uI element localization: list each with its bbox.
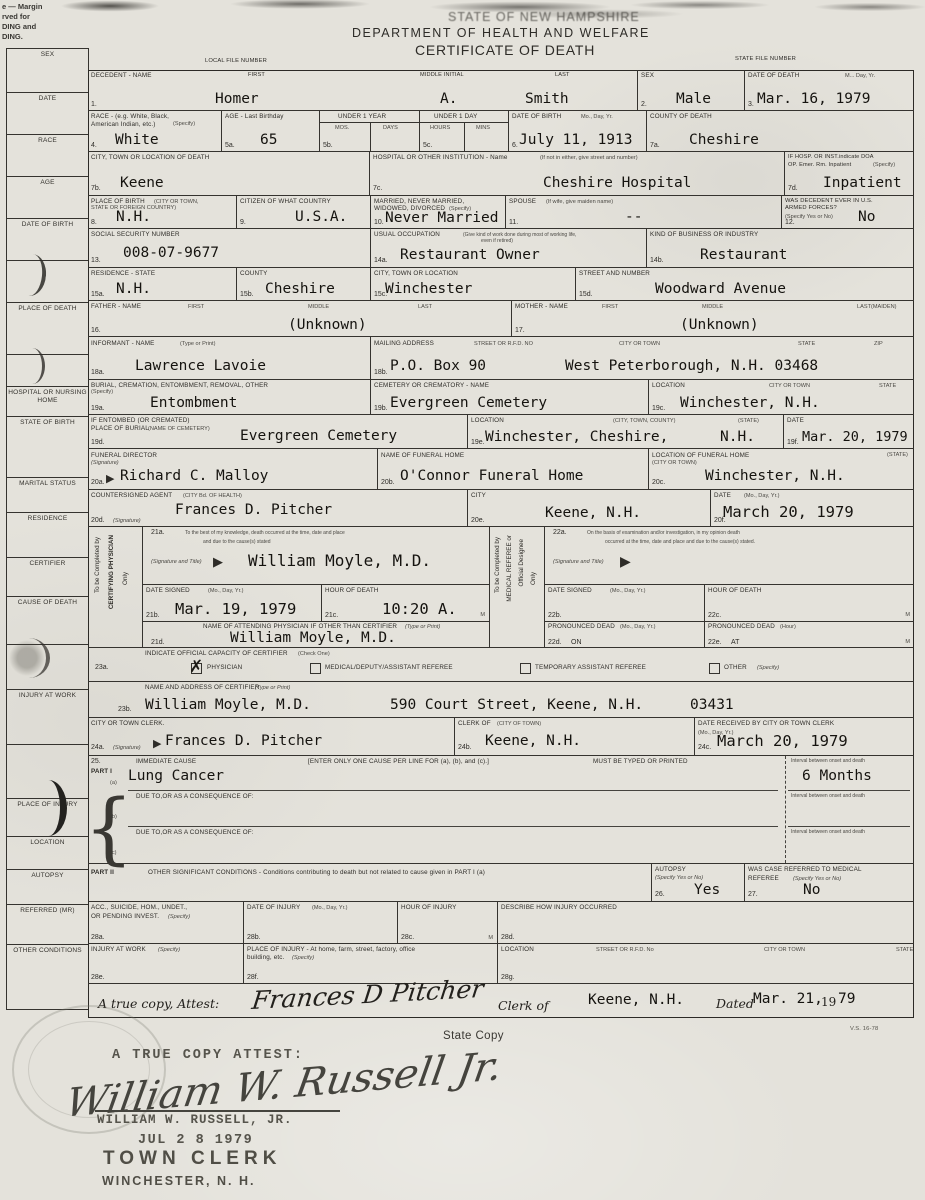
burial-sub: (Specify) [91, 389, 113, 395]
ssn-label: SOCIAL SECURITY NUMBER [91, 231, 180, 238]
sex-label: SEX [641, 72, 654, 79]
interval-column-divider [785, 756, 786, 863]
field-num: 19d. [91, 439, 105, 446]
field-spouse: SPOUSE (If wife, give maiden name) 11. -… [506, 196, 782, 228]
field-town-clerk: CITY OR TOWN CLERK. 24a. (Signature) ▶ F… [88, 718, 455, 755]
race-label: RACE - (e.g. White, Black, [91, 113, 169, 120]
margin-label-hospital: HOSPITAL OR NURSING HOME [7, 387, 88, 417]
occupation-sub: (Give kind of work done during most of w… [463, 232, 576, 238]
hospital-value: Cheshire Hospital [543, 175, 691, 191]
field-father: FATHER - NAME FIRST MIDDLE LAST 16. (Unk… [88, 301, 512, 336]
field-22b: DATE SIGNED (Mo., Day, Yr.) 22b. [545, 585, 705, 622]
spouse-value: -- [625, 209, 642, 225]
row-race-age: RACE - (e.g. White, Black, American Indi… [88, 111, 914, 152]
capacity-other-sub: (Specify) [757, 665, 779, 671]
entombed-label2: PLACE OF BURIAL [91, 425, 149, 432]
field-num: 20c. [652, 479, 665, 486]
margin-label-location: LOCATION [7, 837, 88, 870]
field-21b: DATE SIGNED (Mo., Day, Yr.) 21b. Mar. 19… [143, 585, 322, 622]
father-value: (Unknown) [288, 317, 367, 333]
dod-value: Mar. 16, 1979 [757, 91, 871, 107]
field-num: 19c. [652, 405, 665, 412]
field-22e: PRONOUNCED DEAD (Hour) 22e. AT M [705, 622, 914, 648]
cemetery-label: CEMETERY OR CREMATORY - NAME [374, 382, 489, 389]
field-cemetery: CEMETERY OR CREMATORY - NAME 19b. Evergr… [371, 380, 649, 414]
acc-label: ACC., SUICIDE, HOM., UNDET., [91, 904, 187, 911]
row-decedent: DECEDENT - NAME FIRST MIDDLE INITIAL LAS… [88, 70, 914, 111]
mailing-street-value: P.O. Box 90 [390, 358, 486, 374]
row-entombed: IF ENTOMBED (OR CREMATED) PLACE OF BURIA… [88, 415, 914, 449]
part2-text: OTHER SIGNIFICANT CONDITIONS - Condition… [148, 869, 485, 876]
field-num: 21c. [325, 612, 338, 619]
field-entombed-location: LOCATION (CITY, TOWN, COUNTY) (STATE) 19… [468, 415, 784, 448]
clerk-of-sub: (CITY OF TOWN) [497, 721, 541, 727]
binding-margin-column: SEX DATE RACE AGE DATE OF BIRTH PLACE OF… [6, 48, 89, 1010]
referee-side-label4: Only [530, 572, 537, 585]
date-received-label: DATE RECEIVED BY CITY OR TOWN CLERK [698, 720, 834, 727]
field-part2: PART II OTHER SIGNIFICANT CONDITIONS - C… [88, 864, 652, 901]
mother-label: MOTHER - NAME [515, 303, 568, 310]
capacity-header: INDICATE OFFICIAL CAPACITY OF CERTIFIER [145, 650, 288, 657]
margin-label-age: AGE [7, 177, 88, 219]
rule-line [128, 790, 778, 791]
injury-location-street-label: STREET OR R.F.D. No [596, 947, 654, 953]
cause-a-value: Lung Cancer [128, 768, 224, 784]
stamp-city-line: WINCHESTER, N. H. [102, 1174, 255, 1188]
pronounced-dead-label: PRONOUNCED DEAD [548, 623, 615, 630]
row-informant: INFORMANT - NAME (Type or Print) 18a. La… [88, 337, 914, 380]
hole-punch [8, 638, 50, 678]
mailing-city-label: CITY OR TOWN [619, 341, 660, 347]
mailing-city-value: West Peterborough, N.H. 03468 [565, 358, 818, 374]
date-signed-label: DATE SIGNED [146, 587, 190, 594]
physician-side-strip: To be Completed by CERTIFYING PHYSICIAN … [88, 527, 143, 647]
margin-note-line: e — Margin [2, 2, 42, 12]
countersigned-date-value: March 20, 1979 [723, 503, 854, 521]
row-town-clerk: CITY OR TOWN CLERK. 24a. (Signature) ▶ F… [88, 718, 914, 756]
field-num: 18a. [91, 369, 105, 376]
field-funeral-director: FUNERAL DIRECTOR (Signature) 20a. ▶ Rich… [88, 449, 378, 489]
pronounced-dead-sub: (Mo., Day, Yr.) [620, 624, 656, 630]
field-countersigned-date: DATE (Mo., Day, Yr.) 20f. March 20, 1979 [711, 490, 914, 526]
referee-attestation-text2: occurred at the time, date and place and… [605, 539, 755, 545]
mother-middle-label: MIDDLE [702, 304, 723, 310]
field-21d: NAME OF ATTENDING PHYSICIAN IF OTHER THA… [143, 622, 490, 648]
date-received-value: March 20, 1979 [717, 732, 848, 750]
field-num: 26. [655, 891, 665, 898]
field-date-of-birth: DATE OF BIRTH Mo., Day, Yr. 6. July 11, … [509, 111, 647, 151]
spouse-label: SPOUSE [509, 198, 536, 205]
field-injury-date: DATE OF INJURY (Mo., Day, Yr.) 28b. [244, 902, 398, 943]
temp-referee-checkbox [520, 663, 531, 674]
field-age: AGE - Last Birthday 5a. 65 [222, 111, 320, 151]
margin-note-line: DING and [2, 22, 42, 32]
field-num: 28e. [91, 974, 105, 981]
other-checkbox [709, 663, 720, 674]
clerk-of-value: Keene, N.H. [485, 733, 581, 749]
field-sex: SEX 2. Male [638, 70, 745, 110]
meridiem-label: M [480, 612, 485, 618]
residence-street-label: STREET AND NUMBER [579, 270, 650, 277]
residence-state-label: RESIDENCE - STATE [91, 270, 155, 277]
capacity-option-physician: PHYSICIAN [207, 664, 242, 671]
row-certification: To be Completed by CERTIFYING PHYSICIAN … [88, 527, 914, 648]
mailing-state-label: STATE [798, 341, 815, 347]
informant-value: Lawrence Lavoie [135, 358, 266, 374]
referee-attestation-text: On the basis of examination and/or inves… [587, 530, 740, 536]
field-num: 28a. [91, 934, 105, 941]
rule-line [788, 790, 910, 791]
field-num: 2. [641, 101, 647, 108]
field-num: 22a. [553, 529, 567, 536]
field-city-of-death: CITY, TOWN OR LOCATION OF DEATH 7b. Keen… [88, 152, 370, 195]
state-title: STATE OF NEW HAMPSHIRE [448, 10, 640, 24]
referred-value: No [803, 882, 820, 898]
attestation-text: To the best of my knowledge, death occur… [185, 530, 345, 536]
field-num: 7d. [788, 185, 798, 192]
referred-label2: REFEREE [748, 875, 779, 882]
attest-date-value: Mar. 21, [753, 991, 823, 1007]
field-num: 28c. [401, 934, 414, 941]
referee-side-label2: MEDICAL REFEREE or [506, 535, 513, 602]
margin-label-state-of-birth: STATE OF BIRTH [7, 417, 88, 478]
field-num: 7a. [650, 142, 660, 149]
field-num: 15b. [240, 291, 254, 298]
field-num: 16. [91, 327, 101, 334]
residence-city-value: Winchester [385, 281, 472, 297]
must-be-typed-note: MUST BE TYPED OR PRINTED [593, 758, 688, 765]
decedent-last-value: Smith [525, 91, 569, 107]
entombed-location-value: Winchester, Cheshire, [485, 429, 668, 445]
mins-label: MINS [476, 125, 490, 131]
field-num: 19f. [787, 439, 799, 446]
countersigned-sub: (CITY Bd. OF HEALTH) [183, 493, 242, 499]
physician-side-label2: CERTIFYING PHYSICIAN [108, 535, 115, 609]
capacity-option-referee: MEDICAL/DEPUTY/ASSISTANT REFEREE [325, 664, 453, 671]
autopsy-sub: (Specify Yes or No) [655, 875, 703, 881]
field-num: 15d. [579, 291, 593, 298]
certifying-physician-signature: William Moyle, M.D. [248, 551, 431, 570]
field-injury-hour: HOUR OF INJURY 28c. M [398, 902, 498, 943]
physician-side-label: To be Completed by [94, 537, 101, 593]
row-parents: FATHER - NAME FIRST MIDDLE LAST 16. (Unk… [88, 301, 914, 337]
field-ssn: SOCIAL SECURITY NUMBER 13. 008-07-9677 [88, 229, 371, 267]
field-num: 14b. [650, 257, 664, 264]
hour-of-death-value: 10:20 A. [382, 600, 457, 618]
marital-value: Never Married [385, 210, 499, 226]
father-last-label: LAST [418, 304, 432, 310]
occupation-sub2: even if retired) [481, 238, 513, 244]
city-of-death-value: Keene [120, 175, 164, 191]
certifier-label: NAME AND ADDRESS OF CERTIFIER [145, 684, 259, 691]
margin-label-place-of-death: PLACE OF DEATH [7, 303, 88, 355]
interval-a-value: 6 Months [802, 768, 872, 784]
field-num: 5a. [225, 142, 235, 149]
entombed-value: Evergreen Cemetery [240, 428, 397, 444]
field-num: 1. [91, 101, 97, 108]
entombed-location-state-label: (STATE) [738, 418, 759, 424]
field-num: 5c. [423, 142, 432, 149]
field-num: 20d. [91, 517, 105, 524]
field-num: 22e. [708, 639, 722, 646]
field-cemetery-location: LOCATION CITY OR TOWN STATE 19c. Winches… [649, 380, 914, 414]
field-num: 4. [91, 142, 97, 149]
pronounced-dead-hour-label: PRONOUNCED DEAD [708, 623, 775, 630]
referred-label: WAS CASE REFERRED TO MEDICAL [748, 866, 862, 873]
capacity-option-other: OTHER [724, 664, 747, 671]
field-county-of-death: COUNTY OF DEATH 7a. Cheshire [647, 111, 914, 151]
field-burial-type: BURIAL, CREMATION, ENTOMBMENT, REMOVAL, … [88, 380, 371, 414]
margin-note-line: rved for [2, 12, 42, 22]
county-label: COUNTY OF DEATH [650, 113, 712, 120]
margin-note-line: DING. [2, 32, 42, 42]
industry-label: KIND OF BUSINESS OR INDUSTRY [650, 231, 758, 238]
cemetery-location-value: Winchester, N.H. [680, 395, 820, 411]
certifier-sub: (Type or Print) [255, 685, 290, 691]
field-date-received: DATE RECEIVED BY CITY OR TOWN CLERK (Mo.… [695, 718, 914, 755]
sex-value: Male [676, 91, 711, 107]
entombed-label1: IF ENTOMBED (OR CREMATED) [91, 417, 190, 424]
row-part2: PART II OTHER SIGNIFICANT CONDITIONS - C… [88, 864, 914, 902]
stamp-date-line: JUL 2 8 1979 [138, 1133, 253, 1148]
row-injury-1: ACC., SUICIDE, HOM., UNDET., OR PENDING … [88, 902, 914, 944]
citizen-label: CITIZEN OF WHAT COUNTRY [240, 198, 331, 205]
due-to-label-b: DUE TO,OR AS A CONSEQUENCE OF: [136, 793, 254, 800]
attending-physician-label: NAME OF ATTENDING PHYSICIAN IF OTHER THA… [203, 623, 397, 630]
row-certifier-name: NAME AND ADDRESS OF CERTIFIER (Type or P… [88, 682, 914, 718]
acc-label2: OR PENDING INVEST. [91, 913, 159, 920]
certifier-name-value: William Moyle, M.D. [145, 697, 311, 713]
attest-year-value: 79 [838, 991, 855, 1007]
field-injury-describe: DESCRIBE HOW INJURY OCCURRED 28d. [498, 902, 914, 943]
capacity-header-sub: (Check One) [298, 651, 330, 657]
field-mailing-address: MAILING ADDRESS STREET OR R.F.D. NO CITY… [371, 337, 914, 379]
field-countersigned-city: CITY 20e. Keene, N.H. [468, 490, 711, 526]
race-value: White [115, 132, 159, 148]
margin-label-marital-status: MARITAL STATUS [7, 478, 88, 513]
referee-checkbox [310, 663, 321, 674]
at-label: AT [731, 639, 739, 646]
stamp-title-line: TOWN CLERK [103, 1148, 281, 1170]
attest-city-value: Keene, N.H. [588, 992, 684, 1008]
margin-label-residence: RESIDENCE [7, 513, 88, 558]
residence-city-label: CITY, TOWN OR LOCATION [374, 270, 458, 277]
citizen-value: U.S.A. [295, 209, 347, 225]
father-label: FATHER - NAME [91, 303, 141, 310]
field-informant: INFORMANT - NAME (Type or Print) 18a. La… [88, 337, 371, 379]
field-num: 17. [515, 327, 525, 334]
if-hosp-sub: (Specify) [873, 162, 895, 168]
informant-sub: (Type or Print) [180, 341, 215, 347]
residence-state-value: N.H. [116, 281, 151, 297]
field-injury-at-work: INJURY AT WORK (Specify) 28e. [88, 944, 244, 983]
field-hospital: HOSPITAL OR OTHER INSTITUTION - Name (If… [370, 152, 785, 195]
attestation-text2: and due to the cause(s) stated [203, 539, 271, 545]
under-1-day-label: UNDER 1 DAY [434, 113, 478, 120]
field-num: 7c. [373, 185, 382, 192]
signature-title-label: (Signature and Title) [553, 559, 604, 565]
county-value: Cheshire [689, 132, 759, 148]
countersigned-city-label: CITY [471, 492, 486, 499]
rule-line [128, 826, 778, 827]
field-num: 9. [240, 219, 246, 226]
signature-line [95, 1110, 340, 1112]
hospital-sub: (If not in either, give street and numbe… [540, 155, 638, 161]
field-num: 19b. [374, 405, 388, 412]
dob-value: July 11, 1913 [519, 132, 633, 148]
field-num: 3. [748, 101, 754, 108]
certifier-zip-value: 03431 [690, 697, 734, 713]
clerk-of-text: Clerk of [498, 998, 549, 1013]
father-first-label: FIRST [188, 304, 204, 310]
funeral-home-value: O'Connor Funeral Home [400, 468, 583, 484]
row-injury-2: INJURY AT WORK (Specify) 28e. PLACE OF I… [88, 944, 914, 984]
field-num: 24a. [91, 744, 105, 751]
interval-label: Interval between onset and death [791, 758, 865, 764]
field-occupation: USUAL OCCUPATION (Give kind of work done… [371, 229, 647, 267]
pronounced-dead-hour-sub: (Hour) [780, 624, 796, 630]
mailing-label: MAILING ADDRESS [374, 340, 434, 347]
field-num: 19a. [91, 405, 105, 412]
date-signed-value: Mar. 19, 1979 [175, 600, 296, 618]
referee-side-strip: To be Completed by MEDICAL REFEREE or Of… [490, 527, 545, 647]
row-burial: BURIAL, CREMATION, ENTOMBMENT, REMOVAL, … [88, 380, 914, 415]
residence-county-label: COUNTY [240, 270, 268, 277]
burial-value: Entombment [150, 395, 237, 411]
interval-label: Interval between onset and death [791, 829, 865, 835]
occupation-value: Restaurant Owner [400, 247, 540, 263]
meridiem-label: M [905, 639, 910, 645]
rule-line [788, 826, 910, 827]
autopsy-label: AUTOPSY [655, 866, 686, 873]
mos-label: MOS. [335, 125, 349, 131]
field-num: 21a. [151, 529, 165, 536]
mother-value: (Unknown) [680, 317, 759, 333]
field-num: 28f. [247, 974, 259, 981]
hours-label: HOURS [430, 125, 450, 131]
margin-label-sex: SEX [7, 49, 88, 93]
injury-location-city-label: CITY OR TOWN [764, 947, 805, 953]
mailing-zip-label: ZIP [874, 341, 883, 347]
margin-label-autopsy: AUTOPSY [7, 870, 88, 905]
immediate-cause-label: IMMEDIATE CAUSE [136, 758, 196, 765]
field-num: 28b. [247, 934, 261, 941]
hole-punch [30, 780, 67, 836]
one-cause-note: [ENTER ONLY ONE CAUSE PER LINE FOR (a), … [308, 758, 489, 765]
field-num: 7b. [91, 185, 101, 192]
dob-sub: Mo., Day, Yr. [581, 114, 613, 120]
injury-date-label: DATE OF INJURY [247, 904, 300, 911]
field-date-of-death: DATE OF DEATH M... Day, Yr. 3. Mar. 16, … [745, 70, 914, 110]
row-ssn-occupation: SOCIAL SECURITY NUMBER 13. 008-07-9677 U… [88, 229, 914, 268]
field-num: 14a. [374, 257, 388, 264]
margin-label-race: RACE [7, 135, 88, 177]
margin-label-certifier: CERTIFIER [7, 558, 88, 597]
row-place-of-death: CITY, TOWN OR LOCATION OF DEATH 7b. Keen… [88, 152, 914, 196]
decedent-label: DECEDENT - NAME [91, 72, 152, 79]
field-mother: MOTHER - NAME FIRST MIDDLE LAST(MAIDEN) … [512, 301, 914, 336]
row-attest: A true copy, Attest: Frances D Pitcher C… [88, 984, 914, 1018]
field-funeral-home: NAME OF FUNERAL HOME 20b. O'Connor Funer… [378, 449, 649, 489]
field-residence-street: STREET AND NUMBER 15d. Woodward Avenue [576, 268, 914, 300]
mailing-street-label: STREET OR R.F.D. NO [474, 341, 533, 347]
brace-glyph: { [84, 784, 134, 874]
date-signed-sub: (Mo., Day, Yr.) [208, 588, 244, 594]
cemetery-state-label: STATE [879, 383, 896, 389]
injury-date-sub: (Mo., Day, Yr.) [312, 905, 348, 911]
field-num: 8. [91, 219, 97, 226]
cemetery-value: Evergreen Cemetery [390, 395, 547, 411]
field-num: 20a. [91, 479, 105, 486]
clerk-of-label: CLERK OF [458, 720, 491, 727]
dated-label: Dated [716, 996, 754, 1011]
funeral-home-location-sub: (CITY OR TOWN) [652, 460, 697, 466]
ssn-value: 008-07-9677 [123, 245, 219, 261]
decedent-middle-value: A. [440, 91, 457, 107]
town-clerk-value: Frances D. Pitcher [165, 733, 322, 749]
field-num: 27. [748, 891, 758, 898]
injury-at-work-sub: (Specify) [158, 947, 180, 953]
attending-physician-value: William Moyle, M.D. [230, 630, 396, 646]
funeral-director-value: Richard C. Malloy [120, 468, 268, 484]
age-value: 65 [260, 132, 277, 148]
margin-label-cause-of-death: CAUSE OF DEATH [7, 597, 88, 645]
arrow-icon: ▶ [106, 472, 115, 485]
local-file-number-label: LOCAL FILE NUMBER [205, 58, 267, 64]
field-countersigned-agent: COUNTERSIGNED AGENT (CITY Bd. OF HEALTH)… [88, 490, 468, 526]
part1-label: PART I [91, 768, 112, 775]
margin-label-referred: REFERRED (MR) [7, 905, 88, 945]
field-num: 28g. [501, 974, 515, 981]
burial-label: BURIAL, CREMATION, ENTOMBMENT, REMOVAL, … [91, 382, 268, 389]
race-sub: (Specify) [173, 121, 195, 127]
field-armed-forces: WAS DECEDENT EVER IN U.S. ARMED FORCES? … [782, 196, 914, 228]
entombed-date-label: DATE [787, 417, 804, 424]
meridiem-label: M [905, 612, 910, 618]
stamp-name-line: WILLIAM W. RUSSELL, JR. [97, 1113, 293, 1127]
town-clerk-sig-label: (Signature) [113, 745, 141, 751]
funeral-director-sig-label: (Signature) [91, 460, 119, 466]
entombed-location-state-value: N.H. [720, 429, 755, 445]
row-birth-citizen: PLACE OF BIRTH (CITY OR TOWN, STATE OR F… [88, 196, 914, 229]
informant-label: INFORMANT - NAME [91, 340, 155, 347]
date-signed-label: DATE SIGNED [548, 587, 592, 594]
field-num: 25. [91, 758, 101, 765]
death-certificate-scan: e — Margin rved for DING and DING. STATE… [0, 0, 925, 1200]
countersigned-value: Frances D. Pitcher [175, 502, 332, 518]
form-number: V.S. 16-78 [850, 1026, 878, 1032]
field-if-hosp: IF HOSP. OR INST.indicate DOA OP. Emer. … [785, 152, 914, 195]
date-signed-sub: (Mo., Day, Yr.) [610, 588, 646, 594]
divider [464, 122, 465, 151]
armed-label: WAS DECEDENT EVER IN U.S. [785, 198, 873, 204]
field-num: 11. [509, 219, 518, 226]
row-residence: RESIDENCE - STATE 15a. N.H. COUNTY 15b. … [88, 268, 914, 301]
field-entombed: IF ENTOMBED (OR CREMATED) PLACE OF BURIA… [88, 415, 468, 448]
injury-place-sub: (Specify) [292, 955, 314, 961]
field-num: 24b. [458, 744, 472, 751]
field-residence-county: COUNTY 15b. Cheshire [237, 268, 371, 300]
field-num: 21b. [146, 612, 160, 619]
copy-type-label: State Copy [443, 1030, 504, 1042]
arrow-icon: ▶ [153, 737, 162, 750]
city-of-death-label: CITY, TOWN OR LOCATION OF DEATH [91, 154, 209, 161]
field-num: 21d. [151, 639, 165, 646]
field-acc-suicide: ACC., SUICIDE, HOM., UNDET., OR PENDING … [88, 902, 244, 943]
countersigned-label: COUNTERSIGNED AGENT [91, 492, 172, 499]
physician-side-label3: Only [122, 572, 129, 585]
injury-at-work-label: INJURY AT WORK [91, 946, 146, 953]
